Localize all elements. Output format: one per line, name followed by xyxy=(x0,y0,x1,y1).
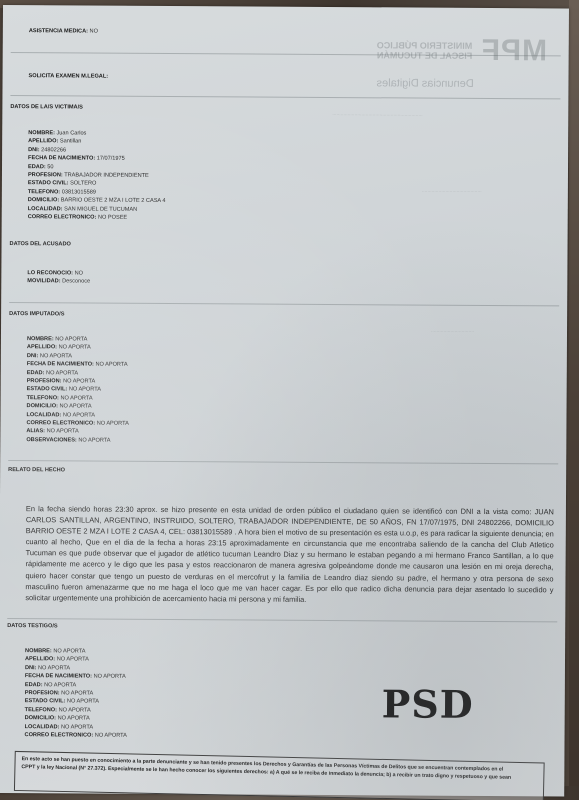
field-value: NO APORTA xyxy=(38,665,70,671)
field-label: TELEFONO: xyxy=(28,189,60,195)
field-label: CORREO ELECTRONICO: xyxy=(25,732,94,738)
field-value: TRABAJADOR INDEPENDIENTE xyxy=(64,172,149,179)
field-value: NO APORTA xyxy=(47,429,79,435)
field-value: NO APORTA xyxy=(63,412,95,418)
field-value: NO APORTA xyxy=(55,336,87,342)
field-value: NO APORTA xyxy=(58,716,90,722)
field-label: ALIAS: xyxy=(26,429,45,435)
field-value: NO APORTA xyxy=(95,362,127,368)
section-title-testigos: DATOS TESTIGO/S xyxy=(7,623,57,629)
field-label: OBSERVACIONES: xyxy=(26,437,77,443)
field-value: Santillan xyxy=(60,139,82,145)
field-value: Desconoce xyxy=(62,279,90,285)
section-title-victima: DATOS DE LA/S VICTIMA/S xyxy=(10,104,83,110)
field-label: LOCALIDAD: xyxy=(26,412,61,418)
field-value: NO APORTA xyxy=(61,724,93,730)
field-row: OBSERVACIONES: NO APORTA xyxy=(26,436,128,445)
field-value: NO APORTA xyxy=(69,387,101,393)
section-title-relato: RELATO DEL HECHO xyxy=(8,467,65,473)
field-label: ESTADO CIVIL: xyxy=(25,699,66,705)
document-page: MPF MINISTERIO PÚBLICO FISCAL DE TUCUMÁN… xyxy=(0,5,569,796)
field-value: 50 xyxy=(47,164,53,170)
field-label: DOMICILIO: xyxy=(27,403,58,409)
divider xyxy=(7,618,557,622)
field-value: SAN MIGUEL DE TUCUMAN xyxy=(64,206,137,212)
mpf-logo-text: MPF xyxy=(480,34,547,68)
field-value: NO APORTA xyxy=(95,733,127,739)
field-label: EDAD: xyxy=(27,370,45,376)
field-label: FECHA DE NACIMIENTO: xyxy=(28,155,95,161)
field-row: FECHA DE NACIMIENTO: NO APORTA xyxy=(27,360,129,369)
section-title-acusado: DATOS DEL ACUSADO xyxy=(10,241,71,247)
field-label: MOVILIDAD: xyxy=(27,279,60,285)
bleed-through-text: ............................... xyxy=(431,328,474,334)
field-label: APELLIDO: xyxy=(28,139,58,145)
bleed-through-text: ........................................… xyxy=(422,188,482,194)
field-value: NO APORTA xyxy=(59,707,91,713)
field-value: NO APORTA xyxy=(67,699,99,705)
divider xyxy=(8,460,558,464)
field-value: NO APORTA xyxy=(44,682,76,688)
field-label: APELLIDO: xyxy=(27,345,57,351)
field-value: NO APORTA xyxy=(59,404,91,410)
field-asistencia-medica: ASISTENCIA MEDICA: NO xyxy=(29,28,98,34)
field-label: DNI: xyxy=(28,147,40,153)
field-row: DOMICILIO: NO APORTA xyxy=(25,714,127,723)
field-row: DOMICILIO: NO APORTA xyxy=(27,402,129,411)
field-value: NO APORTA xyxy=(57,657,89,663)
acusado-field-list: LO RECONOCIO: NOMOVILIDAD: Desconoce xyxy=(27,269,90,286)
field-solicita-examen: SOLICITA EXAMEN M.LEGAL: xyxy=(29,73,109,79)
field-value: NO APORTA xyxy=(94,674,126,680)
bleed-through-text: ........................................… xyxy=(332,111,422,118)
rights-notice-box: En este acto se han puesto en conocimien… xyxy=(14,751,545,800)
field-value: 03813015589 xyxy=(62,189,96,195)
field-value: NO APORTA xyxy=(97,421,129,427)
field-label: DOMICILIO: xyxy=(28,197,59,203)
field-label: CORREO ELECTRONICO: xyxy=(28,214,97,220)
field-value: NO APORTA xyxy=(46,370,78,376)
divider xyxy=(9,302,559,306)
field-value: NO APORTA xyxy=(40,353,72,359)
field-label: NOMBRE: xyxy=(25,648,52,654)
field-label: FECHA DE NACIMIENTO: xyxy=(25,673,92,679)
field-row: DOMICILIO: BARRIO OESTE 2 MZA I LOTE 2 C… xyxy=(28,196,166,205)
field-label: NOMBRE: xyxy=(27,336,54,342)
field-row: MOVILIDAD: Desconoce xyxy=(27,278,90,287)
mpf-logo-ghost: MPF MINISTERIO PÚBLICO FISCAL DE TUCUMÁN… xyxy=(376,33,547,90)
field-value: NO xyxy=(75,270,83,276)
field-label: EDAD: xyxy=(28,164,46,170)
mpf-logo-subtitle: MINISTERIO PÚBLICO FISCAL DE TUCUMÁN xyxy=(376,40,472,61)
field-label: NOMBRE: xyxy=(28,130,55,136)
field-value: Juan Carlos xyxy=(56,130,86,136)
field-label: LOCALIDAD: xyxy=(28,206,63,212)
field-value: 17/07/1975 xyxy=(97,156,125,162)
field-row: APELLIDO: NO APORTA xyxy=(25,656,127,665)
section-title-imputado: DATOS IMPUTADO/S xyxy=(9,311,64,317)
field-value: NO APORTA xyxy=(60,395,92,401)
field-label: TELEFONO: xyxy=(25,707,57,713)
field-label: PROFESION: xyxy=(27,378,62,384)
field-value: NO APORTA xyxy=(78,437,110,443)
field-value: NO APORTA xyxy=(59,345,91,351)
field-value: NO APORTA xyxy=(61,690,93,696)
field-value: BARRIO OESTE 2 MZA I LOTE 2 CASA 4 xyxy=(61,198,166,205)
field-value: 24802266 xyxy=(41,147,66,153)
field-label: LOCALIDAD: xyxy=(25,724,60,730)
psd-stamp: PSD xyxy=(382,681,474,727)
field-label: TELEFONO: xyxy=(27,395,59,401)
field-row: CORREO ELECTRONICO: NO APORTA xyxy=(25,731,127,740)
field-label: PROFESION: xyxy=(25,690,60,696)
field-label: FECHA DE NACIMIENTO: xyxy=(27,361,94,367)
field-row: FECHA DE NACIMIENTO: 17/07/1975 xyxy=(28,154,166,163)
field-label: LO RECONOCIO: xyxy=(27,270,73,276)
field-value: NO APORTA xyxy=(53,648,85,654)
testigos-field-list: NOMBRE: NO APORTAAPELLIDO: NO APORTADNI:… xyxy=(25,647,128,740)
table-surface-right xyxy=(569,0,579,800)
field-value: NO APORTA xyxy=(63,378,95,384)
imputado-field-list: NOMBRE: NO APORTAAPELLIDO: NO APORTADNI:… xyxy=(26,335,129,445)
field-label: PROFESION: xyxy=(28,172,63,178)
field-label: DNI: xyxy=(27,353,39,359)
field-label: ESTADO CIVIL: xyxy=(27,387,68,393)
victima-field-list: NOMBRE: Juan CarlosAPELLIDO: SantillanDN… xyxy=(28,129,166,222)
field-label: EDAD: xyxy=(25,682,43,688)
field-label: DOMICILIO: xyxy=(25,715,56,721)
field-row: FECHA DE NACIMIENTO: NO APORTA xyxy=(25,672,127,681)
relato-text: En la fecha siendo horas 23:30 aprox. se… xyxy=(25,503,554,606)
field-label: CORREO ELECTRONICO: xyxy=(26,420,95,426)
field-label: ESTADO CIVIL: xyxy=(28,181,69,187)
field-label: DNI: xyxy=(25,665,37,671)
field-value: SOLTERO xyxy=(70,181,96,187)
mpf-digital-label: Denuncias Digitales xyxy=(376,77,546,90)
field-row: CORREO ELECTRONICO: NO POSEE xyxy=(28,213,166,222)
divider xyxy=(10,95,560,99)
field-label: APELLIDO: xyxy=(25,657,55,663)
field-value: NO POSEE xyxy=(98,215,127,221)
